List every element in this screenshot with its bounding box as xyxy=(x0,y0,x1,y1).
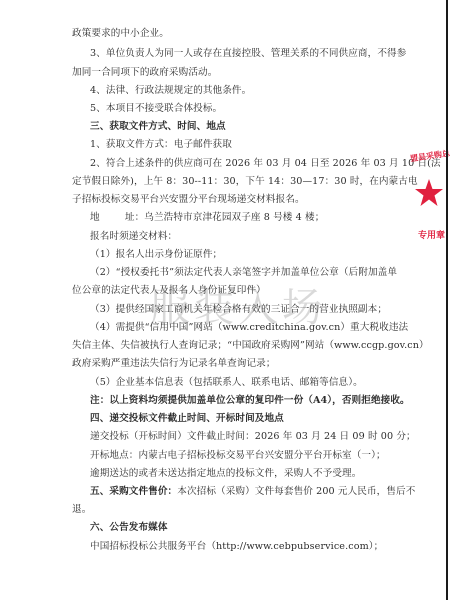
text-line: 政府采购严重违法失信行为记录名单查询记录； xyxy=(72,358,276,370)
text-line: 逾期送达的或者未送达指定地点的投标文件，采购人不予受理。 xyxy=(90,468,361,480)
text-line: 子招标投标交易平台兴安盟分平台现场递交材料报名。 xyxy=(72,194,305,206)
note-line: 注：以上资料均须提供加盖单位公章的复印件一份（A4），否则拒绝接收。 xyxy=(90,395,410,407)
text-line: 递交投标（开标时间）文件截止时间：2026 年 03 月 24 日 09 时 0… xyxy=(90,431,416,443)
seal-bottom-text: 专用章 xyxy=(418,228,445,241)
text-line: （5）企业基本信息表（包括联系人、联系电话、邮箱等信息）。 xyxy=(90,377,363,389)
text-line: 失信主体、失信被执行人查询记录；“中国政府采购网”网站（www.ccgp.gov… xyxy=(72,340,429,352)
star-icon xyxy=(414,178,444,208)
text-line: 2、符合上述条件的供应商可在 2026 年 03 月 04 日至 2026 年 … xyxy=(90,158,441,170)
section-heading-4: 四、递交投标文件截止时间、开标时间及地点 xyxy=(90,413,284,425)
text-line: 定节假日除外)，上午 8：30--11：30，下午 14：30—17：30 时，… xyxy=(72,176,418,188)
address-line: 地 址：乌兰浩特市京津花园双子座 8 号楼 4 楼； xyxy=(90,212,324,224)
section-heading-6: 六、公告发布媒体 xyxy=(90,522,168,534)
watermark-text: 服装入场 xyxy=(150,276,326,333)
seal-top-text: 盟县采购总公 xyxy=(409,147,450,165)
section-heading-5: 五、采购文件售价：本次招标（采购）文件每套售价 200 元人民币，售后不 xyxy=(90,486,415,498)
section-heading-3: 三、获取文件方式、时间、地点 xyxy=(90,121,226,133)
text-line: 5、本项目不接受联合体投标。 xyxy=(90,103,222,115)
text-line: （1）报名人出示身份证原件； xyxy=(90,249,222,261)
text-line: 开标地点：内蒙古电子招标投标交易平台兴安盟分平台开标室（一）； xyxy=(90,450,386,462)
text-line: 1、获取文件方式：电子邮件获取 xyxy=(90,139,232,151)
text-line: 加同一合同项下的政府采购活动。 xyxy=(72,67,217,79)
text-line: 4、法律、行政法规规定的其他条件。 xyxy=(90,85,251,97)
section-5-heading: 五、采购文件售价： xyxy=(90,486,177,497)
text-line: 中国招标投标公共服务平台（http://www.cebpubservice.co… xyxy=(90,541,383,553)
page-border xyxy=(446,0,448,600)
text-line: 退。 xyxy=(72,504,91,516)
section-5-body: 本次招标（采购）文件每套售价 200 元人民币，售后不 xyxy=(177,486,415,497)
official-seal: 盟县采购总公 专用章 xyxy=(408,140,450,260)
text-line: 政策要求的中小企业。 xyxy=(72,28,169,40)
text-line: 3、单位负责人为同一人或存在直接控股、管理关系的不同供应商，不得参 xyxy=(90,48,406,60)
text-line: 报名时须递交材料： xyxy=(90,231,177,243)
